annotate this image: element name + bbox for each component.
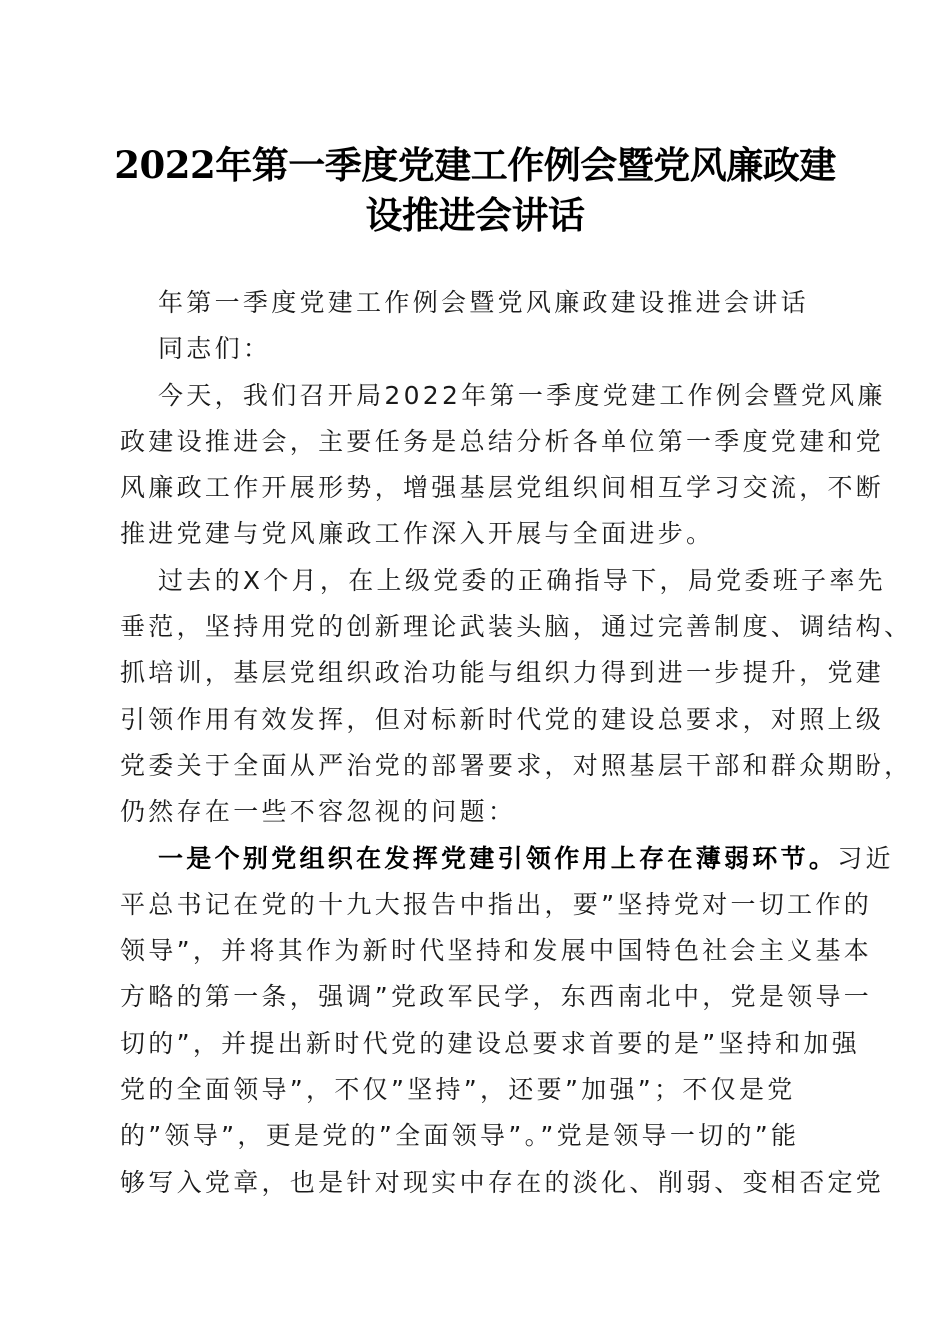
document-page: 2022年第一季度党建工作例会暨党风廉政建 设推进会讲话 年第一季度党建工作例会… — [0, 0, 950, 1344]
paragraph-3-line: 领导”，并将其作为新时代坚持和发展中国特色社会主义基本 — [120, 928, 832, 974]
paragraph-2-line: 垂范，坚持用党的创新理论武装头脑，通过完善制度、调结构、 — [120, 604, 832, 650]
paragraph-1-line: 推进党建与党风廉政工作深入开展与全面进步。 — [120, 511, 832, 557]
paragraph-2-line: 过去的X个月，在上级党委的正确指导下，局党委班子率先 — [120, 558, 832, 604]
title-line-2: 设推进会讲话 — [100, 190, 850, 240]
paragraph-3-heading-line: 一是个别党组织在发挥党建引领作用上存在薄弱环节。习近 — [120, 836, 832, 882]
paragraph-1-line: 风廉政工作开展形势，增强基层党组织间相互学习交流，不断 — [120, 465, 832, 511]
paragraph-2-line: 仍然存在一些不容忽视的问题： — [120, 789, 832, 835]
paragraph-3-line: 的”领导”，更是党的”全面领导”。”党是领导一切的”能 — [120, 1113, 832, 1159]
document-title: 2022年第一季度党建工作例会暨党风廉政建 设推进会讲话 — [100, 140, 850, 240]
paragraph-1-line: 今天，我们召开局2022年第一季度党建工作例会暨党风廉 — [120, 373, 832, 419]
paragraph-3-continuation: 习近 — [837, 844, 894, 873]
paragraph-3-line: 党的全面领导”，不仅”坚持”，还要”加强”；不仅是党 — [120, 1067, 832, 1113]
paragraph-3-line: 方略的第一条，强调”党政军民学，东西南北中，党是领导一 — [120, 974, 832, 1020]
paragraph-3-line: 切的”，并提出新时代党的建设总要求首要的是”坚持和加强 — [120, 1021, 832, 1067]
salutation: 同志们： — [120, 326, 832, 372]
paragraph-3-line: 够写入党章，也是针对现实中存在的淡化、削弱、变相否定党 — [120, 1160, 832, 1206]
paragraph-2-line: 引领作用有效发挥，但对标新时代党的建设总要求，对照上级 — [120, 697, 832, 743]
paragraph-3-line: 平总书记在党的十九大报告中指出，要”坚持党对一切工作的 — [120, 882, 832, 928]
paragraph-2-line: 党委关于全面从严治党的部署要求，对照基层干部和群众期盼， — [120, 743, 832, 789]
title-line-1: 2022年第一季度党建工作例会暨党风廉政建 — [100, 140, 850, 190]
paragraph-2-line: 抓培训，基层党组织政治功能与组织力得到进一步提升，党建 — [120, 650, 832, 696]
document-body: 年第一季度党建工作例会暨党风廉政建设推进会讲话 同志们： 今天，我们召开局202… — [120, 280, 832, 1206]
paragraph-1-line: 政建设推进会，主要任务是总结分析各单位第一季度党建和党 — [120, 419, 832, 465]
subtitle-line: 年第一季度党建工作例会暨党风廉政建设推进会讲话 — [120, 280, 832, 326]
section-heading-point-1: 一是个别党组织在发挥党建引领作用上存在薄弱环节。 — [158, 844, 837, 873]
